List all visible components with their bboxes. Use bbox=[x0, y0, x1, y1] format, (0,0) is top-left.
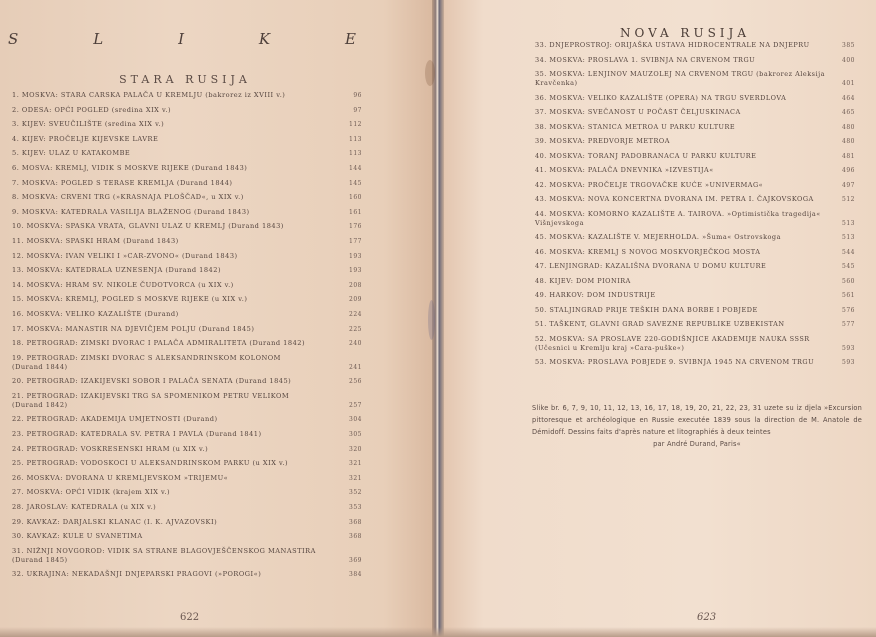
entry-page-number: 305 bbox=[340, 430, 362, 439]
entry-title: 26. MOSKVA: DVORANA U KREMLJEVSKOM »TRIJ… bbox=[12, 474, 340, 483]
entry-title: 3. KIJEV: SVEUČILIŠTE (sredina XIX v.) bbox=[12, 120, 340, 129]
entry-page-number: 257 bbox=[340, 401, 362, 410]
entry-page-number: 193 bbox=[340, 266, 362, 275]
list-item: 11. MOSKVA: SPASKI HRAM (Durand 1843) 17… bbox=[12, 237, 362, 246]
list-item: 17. MOSKVA: MANASTIR NA DJEVIČJEM POLJU … bbox=[12, 325, 362, 334]
entry-title: 2. ODESA: OPĆI POGLED (sredina XIX v.) bbox=[12, 106, 340, 115]
entry-page-number: 176 bbox=[340, 222, 362, 231]
entry-page-number: 241 bbox=[340, 363, 362, 372]
list-item: 31. NIŽNJI NOVGOROD: VIDIK SA STRANE BLA… bbox=[12, 547, 362, 565]
list-item: 50. STALJINGRAD PRIJE TEŠKIH DANA BORBE … bbox=[535, 306, 855, 315]
entry-title: 13. MOSKVA: KATEDRALA UZNESENJA (Durand … bbox=[12, 266, 340, 275]
entry-title: 20. PETROGRAD: IZAKIJEVSKI SOBOR I PALAČ… bbox=[12, 377, 340, 386]
entry-title: 21. PETROGRAD: IZAKIJEVSKI TRG SA SPOMEN… bbox=[12, 392, 340, 410]
entry-page-number: 304 bbox=[340, 415, 362, 424]
entry-page-number: 193 bbox=[340, 252, 362, 261]
entry-title: 42. MOSKVA: PROČELJE TRGOVAČKE KUĆE »UNI… bbox=[535, 181, 833, 190]
entry-page-number: 464 bbox=[833, 94, 855, 103]
entry-title: 1. MOSKVA: STARA CARSKA PALAČA U KREMLJU… bbox=[12, 91, 340, 100]
paper-stain bbox=[425, 60, 435, 86]
entry-title: 40. MOSKVA: TORANJ PADOBRANACA U PARKU K… bbox=[535, 152, 833, 161]
entry-title: 30. KAVKAZ: KULE U SVANETIMA bbox=[12, 532, 340, 541]
entry-title: 33. DNJEPROSTROJ: ORIJAŠKA USTAVA HIDROC… bbox=[535, 41, 833, 50]
entry-page-number: 112 bbox=[340, 120, 362, 129]
list-item: 5. KIJEV: ULAZ U KATAKOMBE 113 bbox=[12, 149, 362, 158]
entry-page-number: 513 bbox=[833, 233, 855, 242]
entry-title: 53. MOSKVA: PROSLAVA POBJEDE 9. SVIBNJA … bbox=[535, 358, 833, 367]
entry-page-number: 497 bbox=[833, 181, 855, 190]
list-item: 7. MOSKVA: POGLED S TERASE KREMLJA (Dura… bbox=[12, 179, 362, 188]
entry-title: 8. MOSKVA: CRVENI TRG (»KRASNAJA PLOŠČAD… bbox=[12, 193, 340, 202]
list-item: 48. KIJEV: DOM PIONIRA 560 bbox=[535, 277, 855, 286]
list-item: 8. MOSKVA: CRVENI TRG (»KRASNAJA PLOŠČAD… bbox=[12, 193, 362, 202]
list-item: 42. MOSKVA: PROČELJE TRGOVAČKE KUĆE »UNI… bbox=[535, 181, 855, 190]
list-item: 27. MOSKVA: OPĆI VIDIK (krajem XIX v.) 3… bbox=[12, 488, 362, 497]
list-item: 22. PETROGRAD: AKADEMIJA UMJETNOSTI (Dur… bbox=[12, 415, 362, 424]
entry-title: 9. MOSKVA: KATEDRALA VASILIJA BLAŽENOG (… bbox=[12, 208, 340, 217]
list-item: 51. TAŠKENT, GLAVNI GRAD SAVEZNE REPUBLI… bbox=[535, 320, 855, 329]
entry-title: 23. PETROGRAD: KATEDRALA SV. PETRA I PAV… bbox=[12, 430, 340, 439]
list-item: 44. MOSKVA: KOMORNO KAZALIŠTE A. TAIROVA… bbox=[535, 210, 855, 228]
heading-letter: I bbox=[178, 30, 184, 48]
list-item: 2. ODESA: OPĆI POGLED (sredina XIX v.) 9… bbox=[12, 106, 362, 115]
entry-title: 45. MOSKVA: KAZALIŠTE V. MEJERHOLDA. »Šu… bbox=[535, 233, 833, 242]
entry-title: 47. LENJINGRAD: KAZALIŠNA DVORANA U DOMU… bbox=[535, 262, 833, 271]
list-item: 13. MOSKVA: KATEDRALA UZNESENJA (Durand … bbox=[12, 266, 362, 275]
source-note: Slike br. 6, 7, 9, 10, 11, 12, 13, 16, 1… bbox=[532, 402, 862, 450]
list-item: 9. MOSKVA: KATEDRALA VASILIJA BLAŽENOG (… bbox=[12, 208, 362, 217]
entry-title: 41. MOSKVA: PALAČA DNEVNIKA »IZVESTIJA« bbox=[535, 166, 833, 175]
entry-page-number: 160 bbox=[340, 193, 362, 202]
list-item: 37. MOSKVA: SVEČANOST U POČAST ČELJUSKIN… bbox=[535, 108, 855, 117]
list-item: 49. HARKOV: DOM INDUSTRIJE 561 bbox=[535, 291, 855, 300]
entry-page-number: 208 bbox=[340, 281, 362, 290]
list-item: 34. MOSKVA: PROSLAVA 1. SVIBNJA NA CRVEN… bbox=[535, 56, 855, 65]
entry-title: 43. MOSKVA: NOVA KONCERTNA DVORANA IM. P… bbox=[535, 195, 833, 204]
entry-title: 24. PETROGRAD: VOSKRESENSKI HRAM (u XIX … bbox=[12, 445, 340, 454]
illustration-list-left: 1. MOSKVA: STARA CARSKA PALAČA U KREMLJU… bbox=[12, 91, 362, 585]
entry-title: 16. MOSKVA: VELIKO KAZALIŠTE (Durand) bbox=[12, 310, 340, 319]
entry-title: 29. KAVKAZ: DARJALSKI KLANAC (I. K. AJVA… bbox=[12, 518, 340, 527]
entry-title: 5. KIJEV: ULAZ U KATAKOMBE bbox=[12, 149, 340, 158]
entry-page-number: 256 bbox=[340, 377, 362, 386]
entry-title: 34. MOSKVA: PROSLAVA 1. SVIBNJA NA CRVEN… bbox=[535, 56, 833, 65]
list-item: 23. PETROGRAD: KATEDRALA SV. PETRA I PAV… bbox=[12, 430, 362, 439]
entry-title: 25. PETROGRAD: VODOSKOCI U ALEKSANDRINSK… bbox=[12, 459, 340, 468]
entry-page-number: 576 bbox=[833, 306, 855, 315]
source-note-last-line: par André Durand, Paris« bbox=[532, 438, 862, 450]
illustration-list-right: 33. DNJEPROSTROJ: ORIJAŠKA USTAVA HIDROC… bbox=[535, 41, 855, 373]
list-item: 41. MOSKVA: PALAČA DNEVNIKA »IZVESTIJA« … bbox=[535, 166, 855, 175]
entry-title: 37. MOSKVA: SVEČANOST U POČAST ČELJUSKIN… bbox=[535, 108, 833, 117]
entry-page-number: 97 bbox=[340, 106, 362, 115]
entry-title: 44. MOSKVA: KOMORNO KAZALIŠTE A. TAIROVA… bbox=[535, 210, 833, 228]
entry-page-number: 368 bbox=[340, 518, 362, 527]
entry-page-number: 545 bbox=[833, 262, 855, 271]
entry-title: 39. MOSKVA: PREDVORJE METROA bbox=[535, 137, 833, 146]
heading-letter: K bbox=[259, 30, 270, 48]
entry-title: 50. STALJINGRAD PRIJE TEŠKIH DANA BORBE … bbox=[535, 306, 833, 315]
page-number-left: 622 bbox=[180, 612, 199, 623]
list-item: 1. MOSKVA: STARA CARSKA PALAČA U KREMLJU… bbox=[12, 91, 362, 100]
list-item: 16. MOSKVA: VELIKO KAZALIŠTE (Durand) 22… bbox=[12, 310, 362, 319]
entry-title: 15. MOSKVA: KREMLJ, POGLED S MOSKVE RIJE… bbox=[12, 295, 340, 304]
entry-page-number: 240 bbox=[340, 339, 362, 348]
list-item: 46. MOSKVA: KREMLJ S NOVOG MOSKVORJEČKOG… bbox=[535, 248, 855, 257]
list-item: 6. MOSVA: KREMLJ, VIDIK S MOSKVE RIJEKE … bbox=[12, 164, 362, 173]
entry-title: 12. MOSKVA: IVAN VELIKI I »CAR-ZVONO« (D… bbox=[12, 252, 340, 261]
list-item: 26. MOSKVA: DVORANA U KREMLJEVSKOM »TRIJ… bbox=[12, 474, 362, 483]
entry-title: 52. MOSKVA: SA PROSLAVE 220-GODIŠNJICE A… bbox=[535, 335, 833, 353]
entry-title: 48. KIJEV: DOM PIONIRA bbox=[535, 277, 833, 286]
section-title-stara-rusija: STARA RUSIJA bbox=[0, 73, 370, 86]
entry-title: 19. PETROGRAD: ZIMSKI DVORAC S ALEKSANDR… bbox=[12, 354, 340, 372]
paper-stain bbox=[428, 300, 435, 340]
list-item: 4. KIJEV: PROČELJE KIJEVSKE LAVRE 113 bbox=[12, 135, 362, 144]
entry-title: 51. TAŠKENT, GLAVNI GRAD SAVEZNE REPUBLI… bbox=[535, 320, 833, 329]
list-item: 32. UKRAJINA: NEKADAŠNJI DNJEPARSKI PRAG… bbox=[12, 570, 362, 579]
list-item: 29. KAVKAZ: DARJALSKI KLANAC (I. K. AJVA… bbox=[12, 518, 362, 527]
entry-page-number: 113 bbox=[340, 149, 362, 158]
entry-page-number: 320 bbox=[340, 445, 362, 454]
entry-page-number: 385 bbox=[833, 41, 855, 50]
entry-page-number: 224 bbox=[340, 310, 362, 319]
entry-title: 6. MOSVA: KREMLJ, VIDIK S MOSKVE RIJEKE … bbox=[12, 164, 340, 173]
left-page: S L I K E STARA RUSIJA 1. MOSKVA: STARA … bbox=[0, 0, 436, 637]
entry-page-number: 560 bbox=[833, 277, 855, 286]
entry-title: 7. MOSKVA: POGLED S TERASE KREMLJA (Dura… bbox=[12, 179, 340, 188]
entry-page-number: 384 bbox=[340, 570, 362, 579]
page-bottom-edge bbox=[0, 627, 876, 637]
entry-page-number: 352 bbox=[340, 488, 362, 497]
entry-page-number: 561 bbox=[833, 291, 855, 300]
entry-page-number: 512 bbox=[833, 195, 855, 204]
entry-page-number: 369 bbox=[340, 556, 362, 565]
heading-letter: S bbox=[8, 30, 18, 48]
entry-title: 31. NIŽNJI NOVGOROD: VIDIK SA STRANE BLA… bbox=[12, 547, 340, 565]
list-item: 43. MOSKVA: NOVA KONCERTNA DVORANA IM. P… bbox=[535, 195, 855, 204]
entry-page-number: 465 bbox=[833, 108, 855, 117]
list-item: 28. JAROSLAV: KATEDRALA (u XIX v.) 353 bbox=[12, 503, 362, 512]
entry-page-number: 577 bbox=[833, 320, 855, 329]
entry-page-number: 480 bbox=[833, 123, 855, 132]
section-title-nova-rusija: NOVA RUSIJA bbox=[520, 26, 850, 40]
list-item: 53. MOSKVA: PROSLAVA POBJEDE 9. SVIBNJA … bbox=[535, 358, 855, 367]
list-item: 25. PETROGRAD: VODOSKOCI U ALEKSANDRINSK… bbox=[12, 459, 362, 468]
entry-title: 18. PETROGRAD: ZIMSKI DVORAC I PALAČA AD… bbox=[12, 339, 340, 348]
entry-page-number: 481 bbox=[833, 152, 855, 161]
list-item: 36. MOSKVA: VELIKO KAZALIŠTE (OPERA) NA … bbox=[535, 94, 855, 103]
entry-page-number: 368 bbox=[340, 532, 362, 541]
heading-letter: L bbox=[93, 30, 103, 48]
list-item: 52. MOSKVA: SA PROSLAVE 220-GODIŠNJICE A… bbox=[535, 335, 855, 353]
entry-title: 27. MOSKVA: OPĆI VIDIK (krajem XIX v.) bbox=[12, 488, 340, 497]
list-item: 21. PETROGRAD: IZAKIJEVSKI TRG SA SPOMEN… bbox=[12, 392, 362, 410]
entry-page-number: 209 bbox=[340, 295, 362, 304]
entry-title: 10. MOSKVA: SPASKA VRATA, GLAVNI ULAZ U … bbox=[12, 222, 340, 231]
list-item: 35. MOSKVA: LENJINOV MAUZOLEJ NA CRVENOM… bbox=[535, 70, 855, 88]
list-item: 15. MOSKVA: KREMLJ, POGLED S MOSKVE RIJE… bbox=[12, 295, 362, 304]
list-item: 14. MOSKVA: HRAM SV. NIKOLE ČUDOTVORCA (… bbox=[12, 281, 362, 290]
entry-page-number: 161 bbox=[340, 208, 362, 217]
book-spread: S L I K E STARA RUSIJA 1. MOSKVA: STARA … bbox=[0, 0, 876, 637]
entry-title: 38. MOSKVA: STANICA METROA U PARKU KULTU… bbox=[535, 123, 833, 132]
entry-page-number: 225 bbox=[340, 325, 362, 334]
entry-page-number: 177 bbox=[340, 237, 362, 246]
entry-title: 46. MOSKVA: KREMLJ S NOVOG MOSKVORJEČKOG… bbox=[535, 248, 833, 257]
list-item: 45. MOSKVA: KAZALIŠTE V. MEJERHOLDA. »Šu… bbox=[535, 233, 855, 242]
entry-page-number: 544 bbox=[833, 248, 855, 257]
entry-page-number: 593 bbox=[833, 358, 855, 367]
list-item: 20. PETROGRAD: IZAKIJEVSKI SOBOR I PALAČ… bbox=[12, 377, 362, 386]
entry-page-number: 496 bbox=[833, 166, 855, 175]
entry-page-number: 144 bbox=[340, 164, 362, 173]
entry-page-number: 113 bbox=[340, 135, 362, 144]
list-item: 33. DNJEPROSTROJ: ORIJAŠKA USTAVA HIDROC… bbox=[535, 41, 855, 50]
entry-page-number: 96 bbox=[340, 91, 362, 100]
entry-title: 36. MOSKVA: VELIKO KAZALIŠTE (OPERA) NA … bbox=[535, 94, 833, 103]
list-item: 40. MOSKVA: TORANJ PADOBRANACA U PARKU K… bbox=[535, 152, 855, 161]
entry-title: 4. KIJEV: PROČELJE KIJEVSKE LAVRE bbox=[12, 135, 340, 144]
list-item: 18. PETROGRAD: ZIMSKI DVORAC I PALAČA AD… bbox=[12, 339, 362, 348]
entry-title: 49. HARKOV: DOM INDUSTRIJE bbox=[535, 291, 833, 300]
entry-title: 28. JAROSLAV: KATEDRALA (u XIX v.) bbox=[12, 503, 340, 512]
entry-page-number: 353 bbox=[340, 503, 362, 512]
list-item: 39. MOSKVA: PREDVORJE METROA 480 bbox=[535, 137, 855, 146]
source-note-body: Slike br. 6, 7, 9, 10, 11, 12, 13, 16, 1… bbox=[532, 404, 862, 436]
entry-title: 35. MOSKVA: LENJINOV MAUZOLEJ NA CRVENOM… bbox=[535, 70, 833, 88]
entry-title: 11. MOSKVA: SPASKI HRAM (Durand 1843) bbox=[12, 237, 340, 246]
heading-letter: E bbox=[345, 30, 356, 48]
list-item: 24. PETROGRAD: VOSKRESENSKI HRAM (u XIX … bbox=[12, 445, 362, 454]
entry-title: 32. UKRAJINA: NEKADAŠNJI DNJEPARSKI PRAG… bbox=[12, 570, 340, 579]
entry-page-number: 480 bbox=[833, 137, 855, 146]
entry-page-number: 593 bbox=[833, 344, 855, 353]
list-item: 10. MOSKVA: SPASKA VRATA, GLAVNI ULAZ U … bbox=[12, 222, 362, 231]
entry-title: 22. PETROGRAD: AKADEMIJA UMJETNOSTI (Dur… bbox=[12, 415, 340, 424]
entry-title: 14. MOSKVA: HRAM SV. NIKOLE ČUDOTVORCA (… bbox=[12, 281, 340, 290]
page-heading-slike: S L I K E bbox=[8, 30, 356, 48]
list-item: 30. KAVKAZ: KULE U SVANETIMA 368 bbox=[12, 532, 362, 541]
list-item: 12. MOSKVA: IVAN VELIKI I »CAR-ZVONO« (D… bbox=[12, 252, 362, 261]
page-number-right: 623 bbox=[697, 612, 716, 623]
list-item: 47. LENJINGRAD: KAZALIŠNA DVORANA U DOMU… bbox=[535, 262, 855, 271]
entry-title: 17. MOSKVA: MANASTIR NA DJEVIČJEM POLJU … bbox=[12, 325, 340, 334]
list-item: 19. PETROGRAD: ZIMSKI DVORAC S ALEKSANDR… bbox=[12, 354, 362, 372]
entry-page-number: 321 bbox=[340, 459, 362, 468]
entry-page-number: 401 bbox=[833, 79, 855, 88]
list-item: 38. MOSKVA: STANICA METROA U PARKU KULTU… bbox=[535, 123, 855, 132]
entry-page-number: 321 bbox=[340, 474, 362, 483]
entry-page-number: 145 bbox=[340, 179, 362, 188]
list-item: 3. KIJEV: SVEUČILIŠTE (sredina XIX v.) 1… bbox=[12, 120, 362, 129]
entry-page-number: 400 bbox=[833, 56, 855, 65]
entry-page-number: 513 bbox=[833, 219, 855, 228]
